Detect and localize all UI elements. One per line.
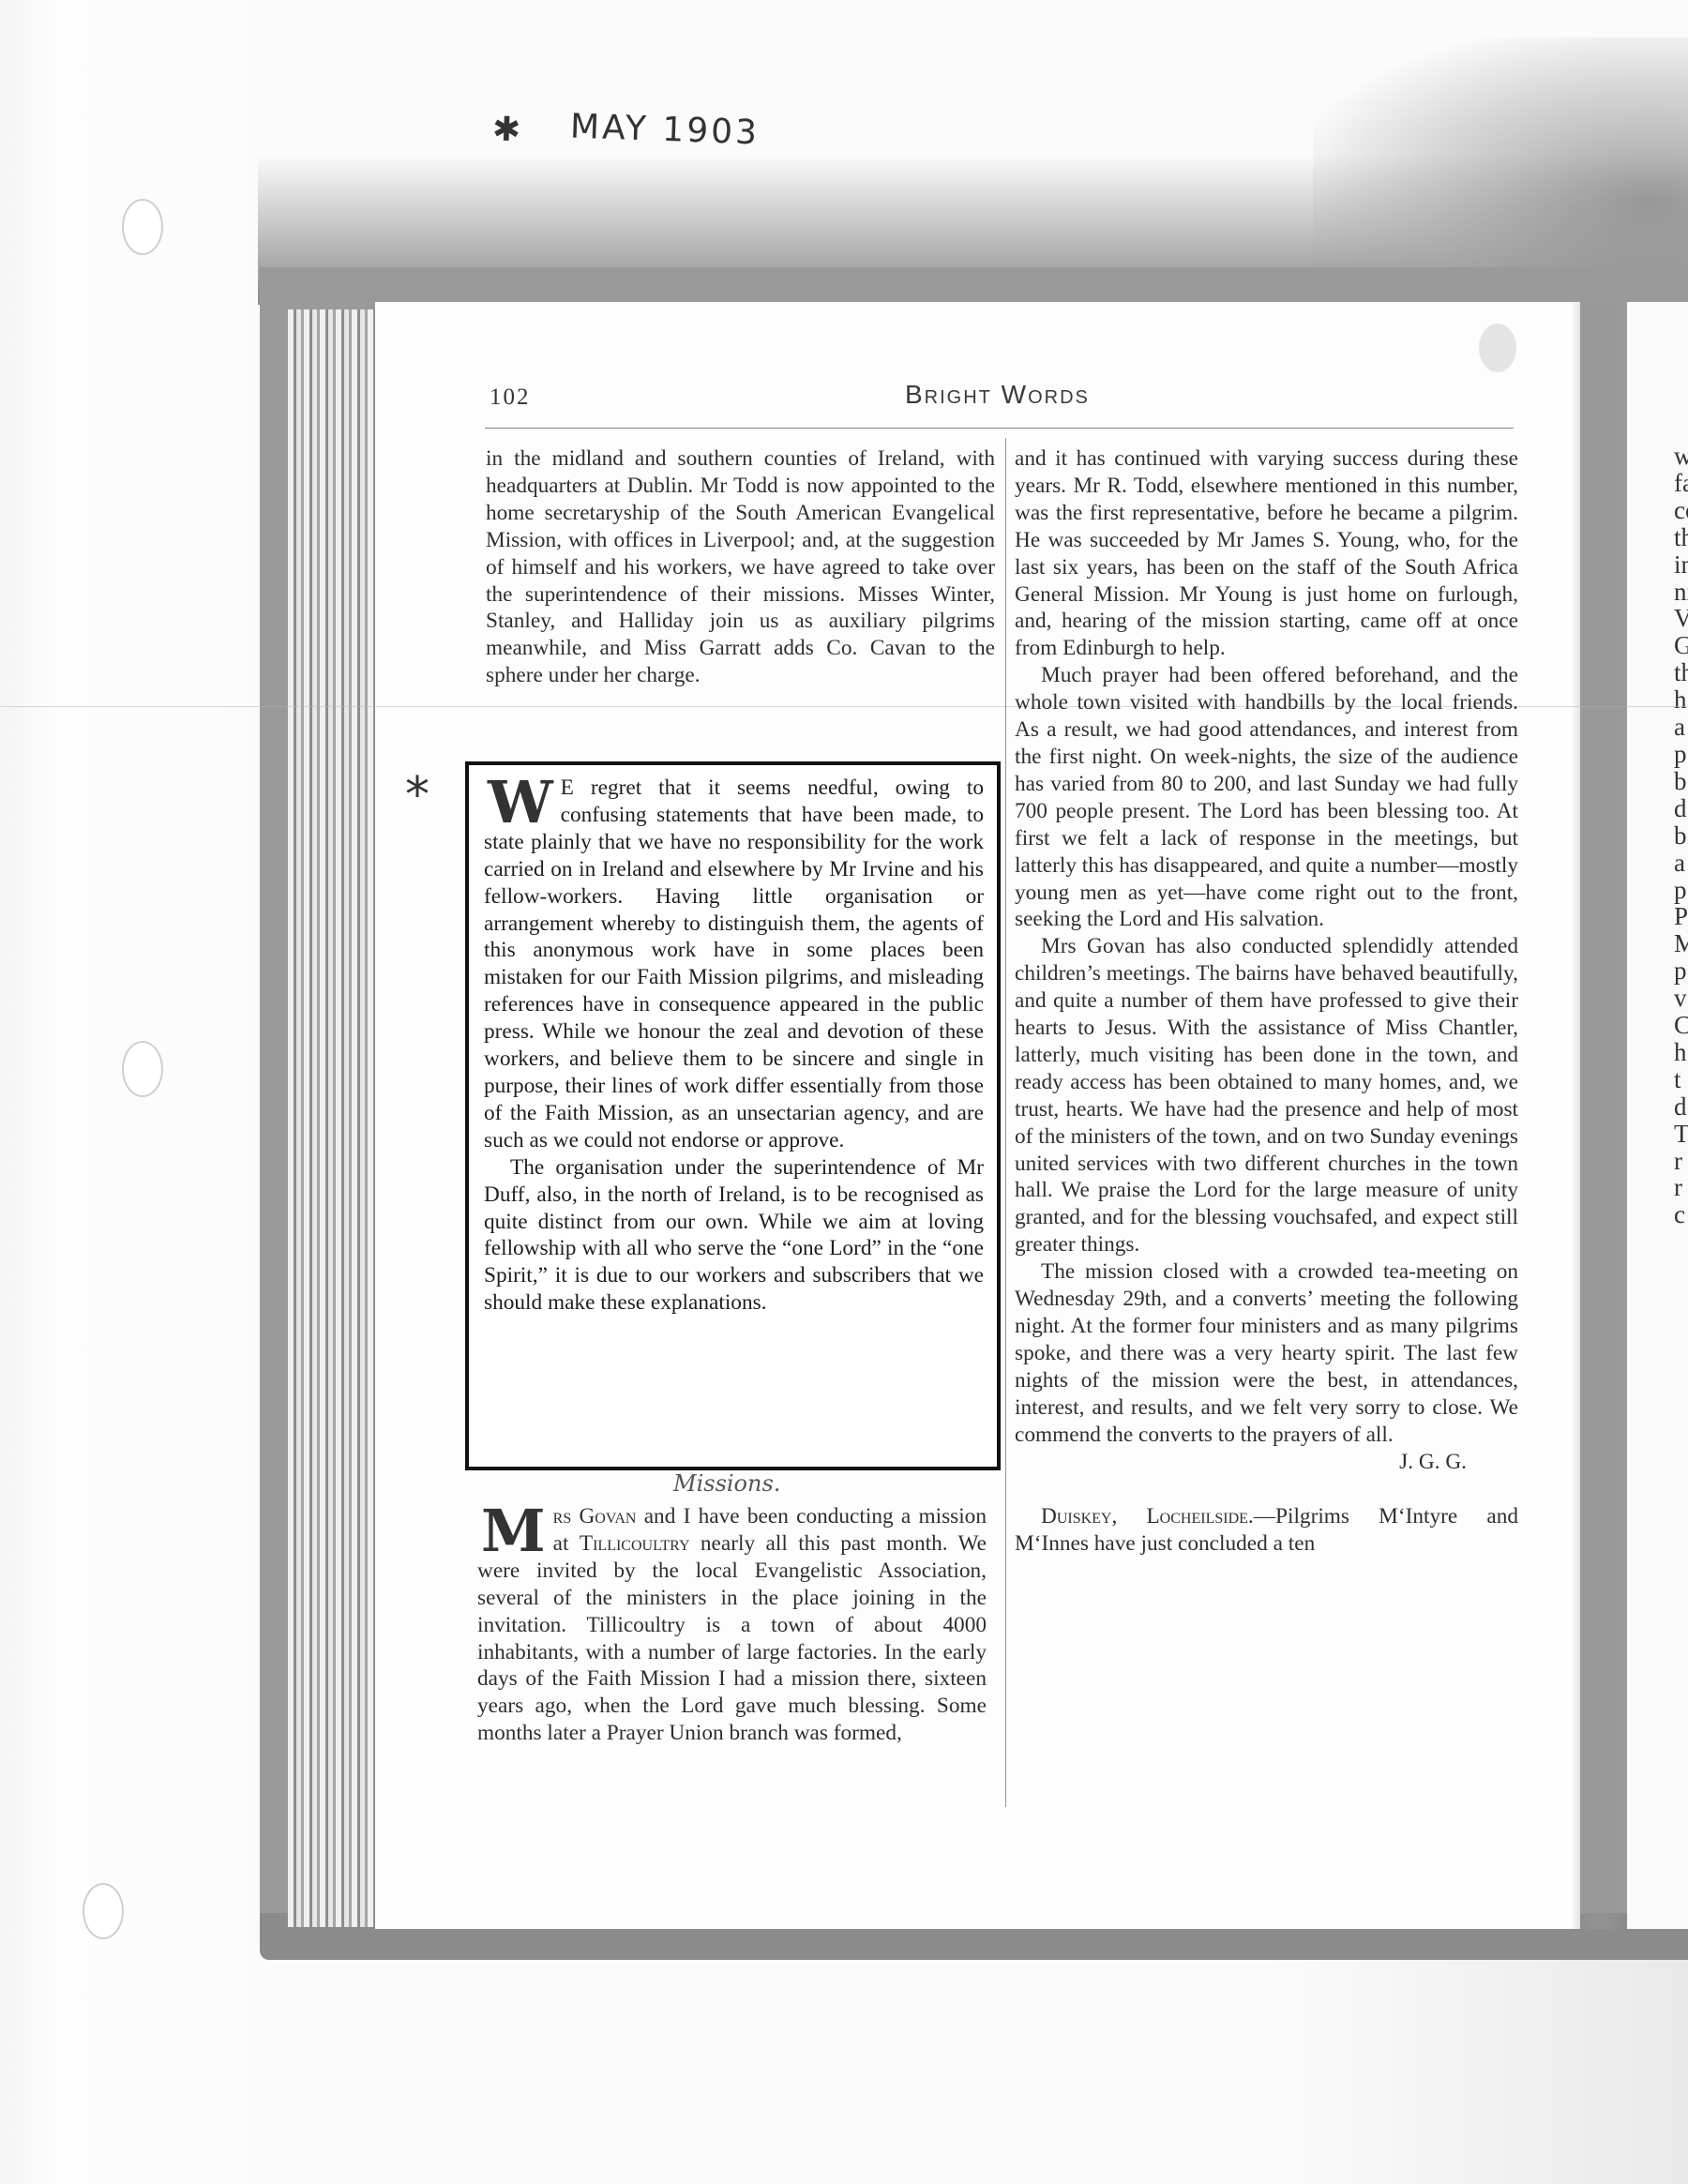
margin-star-annotation: *	[405, 767, 430, 823]
book-gutter	[1571, 302, 1627, 1929]
missions-text-b: nearly all this past month. We were invi…	[477, 1531, 987, 1745]
running-title: Bright Words	[905, 380, 1090, 410]
article-signature: J. G. G.	[1015, 1449, 1518, 1476]
missions-place: Tillicoultry	[580, 1531, 690, 1556]
continued-paragraph: in the midland and southern counties of …	[486, 445, 995, 689]
handwritten-star-annotation: ✱	[491, 110, 524, 149]
page-mark-circle	[1479, 324, 1516, 372]
spacer	[1015, 1475, 1518, 1503]
next-item-place: Duiskey, Locheilside.	[1041, 1504, 1254, 1529]
punch-hole-middle	[122, 1041, 163, 1097]
handwritten-date-annotation: MAY 1903	[569, 107, 760, 152]
notice-text: WE regret that it seems needful, owing t…	[484, 775, 984, 1317]
adjacent-page: w fa co th in ni V G th h a p b d b a p …	[1627, 302, 1688, 1929]
right-paragraph-3: Mrs Govan has also conducted splendidly …	[1015, 933, 1518, 1258]
notice-paragraph-2: The organisation under the superintenden…	[484, 1154, 984, 1317]
drop-cap-m: M	[481, 1507, 546, 1556]
book-page-edges	[288, 309, 382, 1927]
section-heading-missions: Missions.	[673, 1470, 780, 1497]
notice-first-word-rest: E	[561, 776, 574, 800]
header-rule	[485, 428, 1514, 429]
right-paragraph-1: and it has continued with varying succes…	[1015, 445, 1518, 662]
right-paragraph-2: Much prayer had been offered beforehand,…	[1015, 662, 1518, 933]
next-item: Duiskey, Locheilside.—Pilgrims M‘Intyre …	[1015, 1503, 1518, 1558]
right-column: and it has continued with varying succes…	[1015, 445, 1518, 1558]
adjacent-page-fragment: w fa co th in ni V G th h a p b d b a p …	[1627, 302, 1688, 1228]
missions-lead: rs Govan	[553, 1504, 637, 1529]
punch-hole-top	[122, 199, 163, 255]
photocopy-shadow-bottom	[1266, 1960, 1688, 2184]
right-paragraph-4: The mission closed with a crowded tea-me…	[1015, 1258, 1518, 1448]
drop-cap-w: W	[488, 778, 553, 827]
page-number: 102	[490, 384, 531, 411]
notice-paragraph-1: regret that it seems needful, owing to c…	[484, 776, 984, 1152]
left-column: in the midland and southern counties of …	[486, 445, 995, 689]
missions-article: Mrs Govan and I have been conducting a m…	[477, 1503, 987, 1747]
boxed-notice: WE regret that it seems needful, owing t…	[465, 761, 1001, 1470]
punch-hole-bottom	[83, 1883, 124, 1939]
column-divider	[1005, 438, 1006, 1807]
